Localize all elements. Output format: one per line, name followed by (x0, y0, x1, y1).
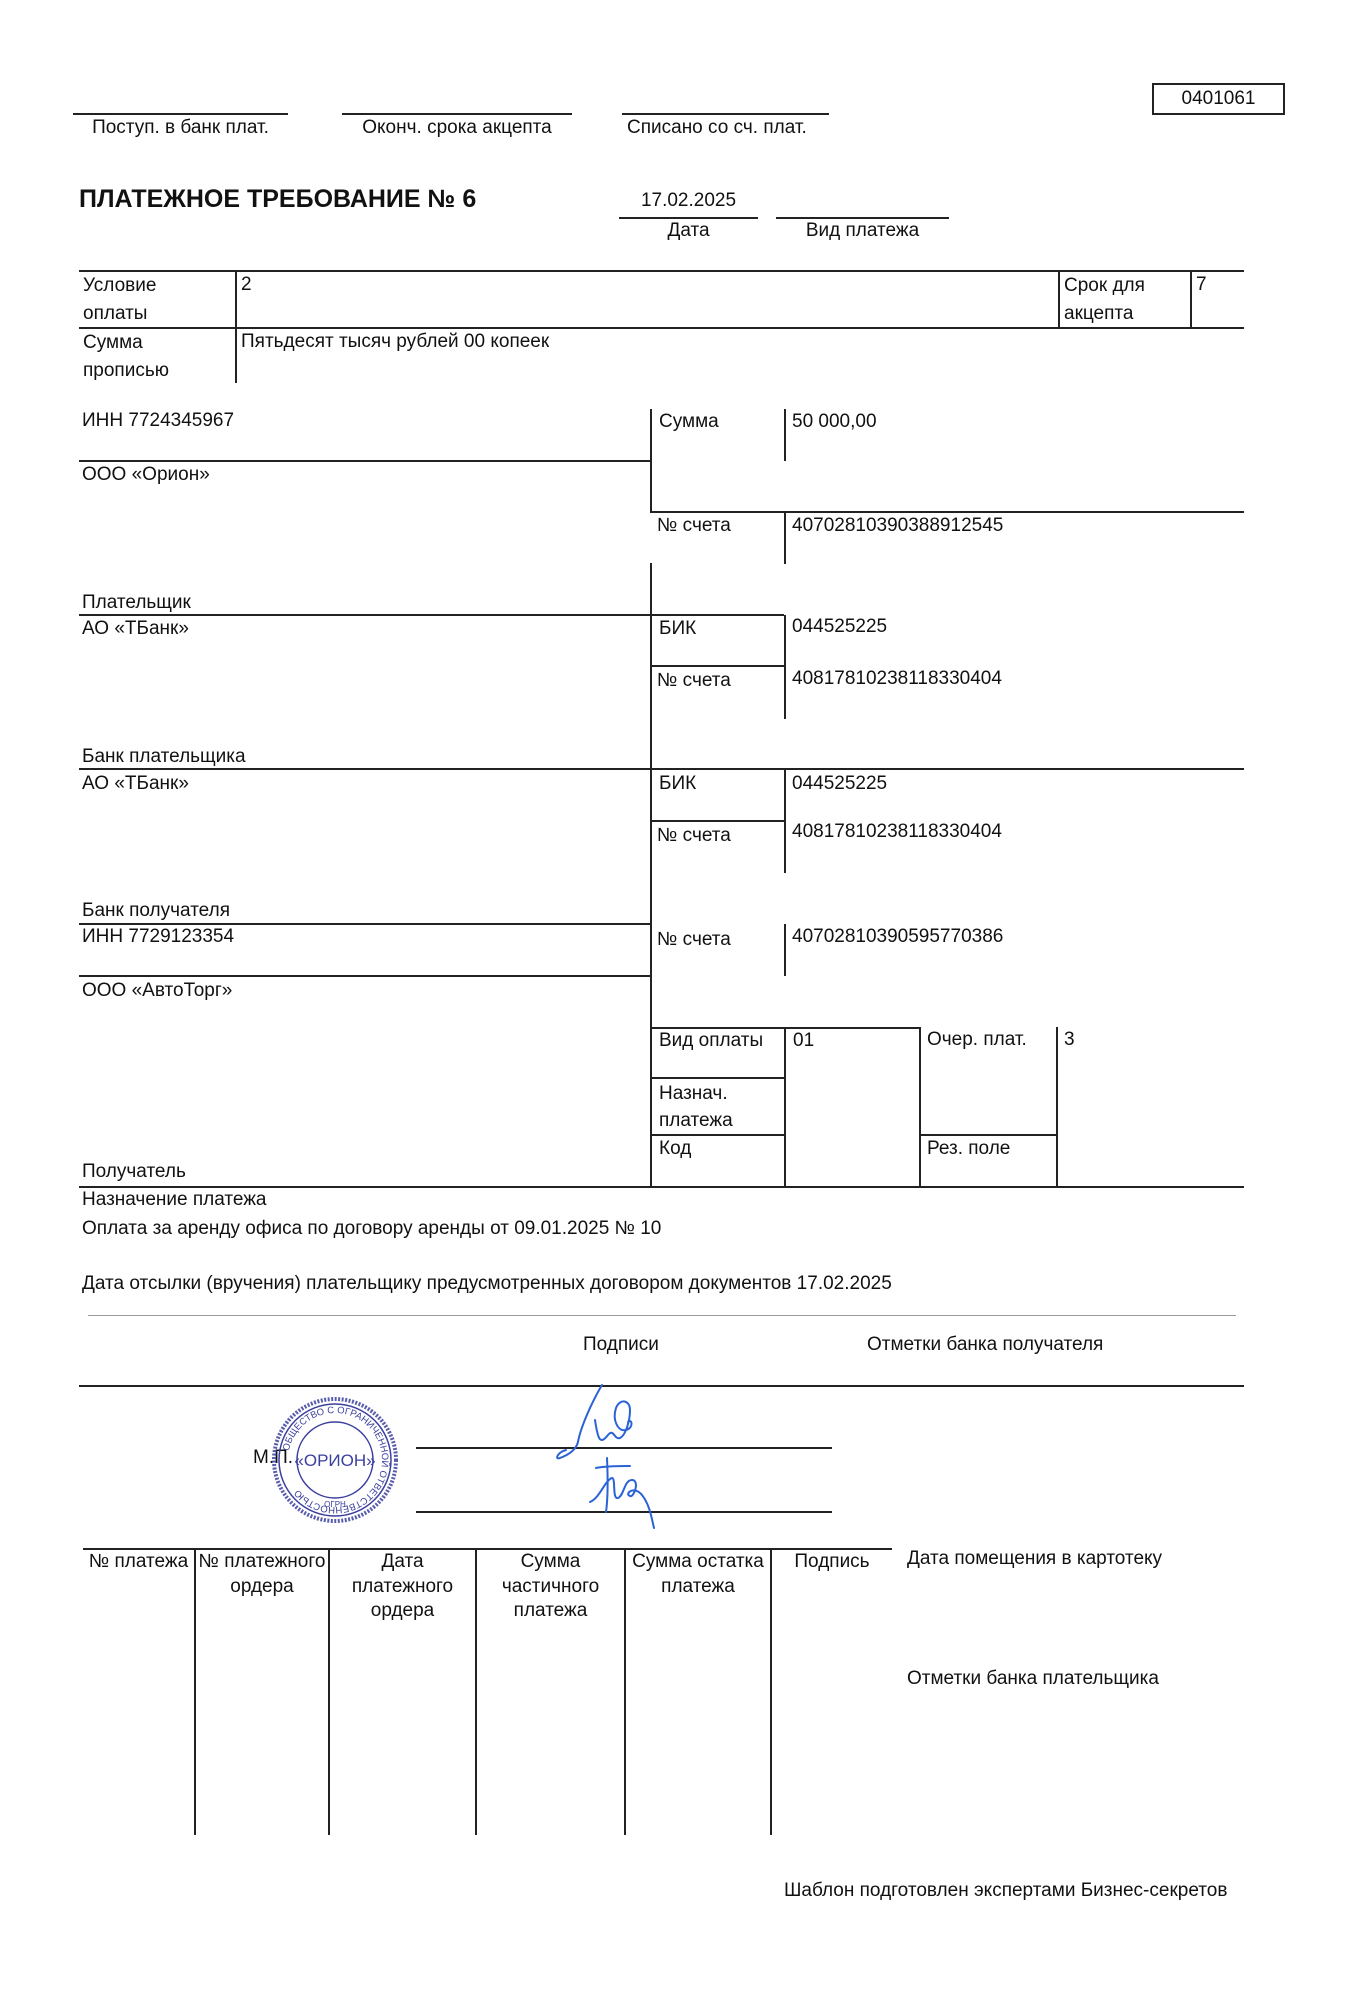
priority-bottom-line (919, 1134, 1056, 1136)
debited-line (622, 113, 829, 115)
terms-srok-divider-2 (1190, 270, 1192, 327)
payer-bank-account-label: № счета (657, 670, 731, 693)
payer-account-value: 40702810390388912545 (792, 515, 1003, 538)
payer-label: Плательщик (82, 592, 191, 615)
purpose-text: Оплата за аренду офиса по договору аренд… (82, 1218, 661, 1241)
payee-bank-col-divider (784, 769, 786, 873)
debited-label: Списано со сч. плат. (627, 117, 807, 140)
stamp-bottom-text: ОГРН (324, 1500, 346, 1509)
payer-account-label: № счета (657, 515, 731, 538)
partial-header-remaining-sum: Сумма остатка платежа (626, 1550, 770, 1599)
payer-bank-bik-label: БИК (659, 618, 696, 641)
purpose-code-bottom-line (650, 1134, 784, 1136)
date-value: 17.02.2025 (619, 190, 758, 213)
payer-bank-account-value: 40817810238118330404 (792, 668, 1002, 691)
payee-bank-name: АО «ТБанк» (82, 773, 189, 796)
partial-col-divider-5 (770, 1548, 772, 1835)
partial-header-order-date: Дата платежного ордера (330, 1550, 475, 1624)
priority-label: Очер. плат. (927, 1029, 1027, 1052)
docs-sent-text: Дата отсылки (вручения) плательщику пред… (82, 1273, 892, 1296)
received-line (73, 113, 288, 115)
payee-bank-bik-value: 044525225 (792, 773, 887, 796)
amount-words-label: Сумма прописью (83, 329, 203, 385)
codes-divider-3 (1056, 1027, 1058, 1186)
acceptance-period-value: 7 (1196, 274, 1207, 297)
payee-bank-marks-label: Отметки банка получателя (867, 1334, 1103, 1357)
payer-bank-section-line (79, 768, 1244, 770)
payer-section-line (79, 614, 784, 616)
purpose-label: Назначение платежа (82, 1189, 267, 1212)
payee-acct-col-divider (784, 924, 786, 976)
payer-account-line (650, 511, 1244, 513)
priority-value: 3 (1064, 1029, 1075, 1052)
acceptance-end-line (342, 113, 572, 115)
date-label: Дата (619, 220, 758, 243)
payee-name: ООО «АвтоТорг» (82, 980, 232, 1003)
payer-bank-bik-value: 044525225 (792, 616, 887, 639)
partial-header-order-no: № платежного ордера (196, 1550, 328, 1599)
payee-inn: ИНН 7729123354 (82, 926, 234, 949)
code-label: Код (659, 1138, 691, 1161)
payee-bank-bik-line (650, 820, 784, 822)
received-label: Поступ. в банк плат. (73, 117, 288, 140)
form-code-box: 0401061 (1152, 83, 1285, 115)
payer-inn-line (79, 460, 650, 462)
payer-bank-label: Банк плательщика (82, 746, 246, 769)
signatures-label: Подписи (583, 1334, 659, 1357)
main-split-2 (650, 563, 652, 1186)
payer-name: ООО «Орион» (82, 464, 210, 487)
payee-section-line (79, 1186, 1244, 1188)
main-split-1 (650, 409, 652, 512)
payer-inn: ИНН 7724345967 (82, 410, 234, 433)
payee-inn-line (79, 975, 650, 977)
payer-bank-col-divider (784, 615, 786, 719)
footer-note: Шаблон подготовлен экспертами Бизнес-сек… (784, 1880, 1227, 1903)
reserve-label: Рез. поле (927, 1138, 1010, 1161)
partial-header-signature: Подпись (772, 1550, 892, 1575)
payee-account-label: № счета (657, 929, 731, 952)
payment-condition-value: 2 (241, 274, 252, 297)
date-line (619, 217, 758, 219)
payee-bank-section-line (79, 923, 650, 925)
payee-bank-label: Банк получателя (82, 900, 230, 923)
payment-kind-value: 01 (793, 1030, 814, 1053)
payment-condition-label: Условие оплаты (83, 272, 203, 328)
payer-bank-bik-line (650, 665, 784, 667)
company-stamp-icon: ОБЩЕСТВО С ОГРАНИЧЕННОЙ ОТВЕТСТВЕННОСТЬЮ… (270, 1395, 400, 1525)
payer-bank-name: АО «ТБанк» (82, 618, 189, 641)
terms-srok-divider-1 (1058, 270, 1060, 327)
payee-label: Получатель (82, 1161, 186, 1184)
signature-icon (550, 1380, 680, 1530)
card-index-date-label: Дата помещения в картотеку (907, 1548, 1162, 1571)
codes-divider-1 (784, 1027, 786, 1186)
payment-kind-label: Вид оплаты (659, 1030, 763, 1053)
payee-bank-account-label: № счета (657, 825, 731, 848)
acceptance-end-label: Оконч. срока акцепта (342, 117, 572, 140)
payer-amount-label: Сумма (659, 411, 719, 434)
codes-divider-2 (919, 1027, 921, 1186)
payee-bank-bik-label: БИК (659, 773, 696, 796)
payment-kind-bottom-line (650, 1077, 784, 1079)
acceptance-period-label: Срок для акцепта (1064, 272, 1174, 328)
payee-account-value: 40702810390595770386 (792, 926, 1003, 949)
purpose-separator (88, 1315, 1236, 1316)
amount-words-value: Пятьдесят тысяч рублей 00 копеек (241, 331, 549, 354)
payer-bank-marks-label: Отметки банка плательщика (907, 1668, 1159, 1691)
payee-bank-account-value: 40817810238118330404 (792, 821, 1002, 844)
terms-col-divider (235, 270, 237, 383)
partial-header-payment-no: № платежа (83, 1550, 194, 1575)
partial-header-partial-sum: Сумма частичного платежа (477, 1550, 624, 1624)
document-title: ПЛАТЕЖНОЕ ТРЕБОВАНИЕ № 6 (79, 184, 476, 214)
stamp-center-text: «ОРИОН» (294, 1451, 375, 1470)
payment-type-label: Вид платежа (776, 220, 949, 243)
sum-col-divider (784, 409, 786, 461)
payment-type-line (776, 217, 949, 219)
purpose-code-label: Назнач. платежа (659, 1080, 769, 1134)
acct-col-divider (784, 512, 786, 564)
payer-amount-value: 50 000,00 (792, 411, 877, 434)
